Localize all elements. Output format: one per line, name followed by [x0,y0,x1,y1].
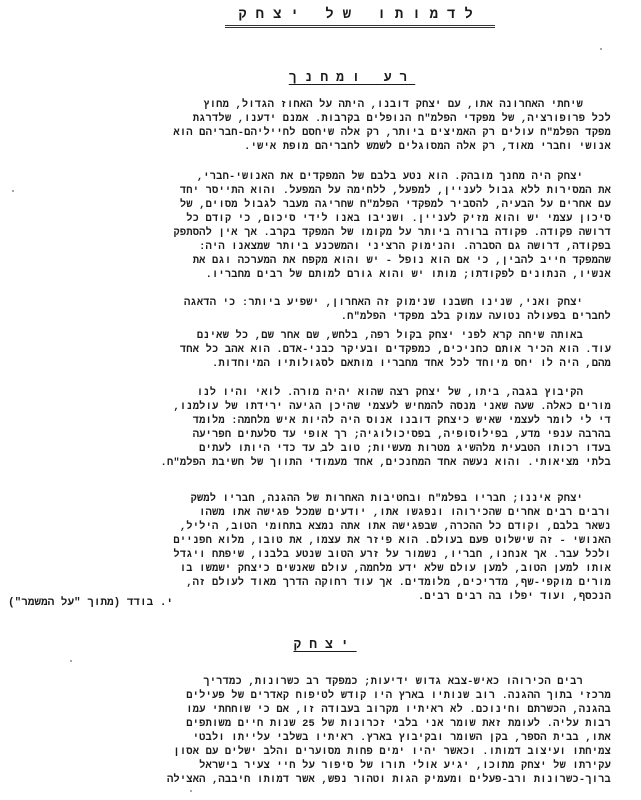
text-line: מהם, היה לו יחס מיוחד לכל אחד מחבריו מות… [24,357,611,371]
text-line: רבים הכירוהו כאיש-צבא גדוש ידיעות; כמפקד… [24,675,611,689]
text-line: אותו למען הטוב, למען עולם שלא ידע מלחמה,… [24,562,611,576]
paragraph: רבים הכירוהו כאיש-צבא גדוש ידיעות; כמפקד… [24,675,611,787]
text-line: בהגנה, הכשרתם וחינוכם. לא ראיתיו מקרוב ב… [24,703,611,717]
text-line: הקיבוץ בגבה, ביתו, של יצחק רצה שהוא יהיה… [24,386,611,400]
text-line: אתו, בבית הספר, בקן השומר ובקיבוץ בארץ. … [24,731,611,745]
text-line: בהרבה ענפי מדע, בפילוסופיה, בפסיכולוגיה;… [24,428,611,442]
paragraph: יצחק היה מחנך מובהק. הוא נטע בלבם של המפ… [24,170,611,282]
text-line: עוד. הוא הכיר אותם כחניכים, כמפקדים ובעי… [24,343,611,357]
text-line: רבות עליה. לעומת זאת שומר אני בלבי זכרונ… [24,717,611,731]
scan-speck [600,48,602,50]
text-line: ברוך-כשרונות ורב-פעלים ומעמיק הגות וטהור… [24,773,611,787]
author-signature: י. בודד (מתוך "על המשמר") [8,597,173,609]
text-line: יצחק איננו; חבריו בפלמ"ח ובחטיבות האחרות… [24,492,611,506]
text-line: אנשיו, הנתונים לפקודתו; מותו יש והוא גור… [24,268,611,282]
text-line: אנושי וחברי מאוד, רק אלה המסוגלים לשמש ל… [24,140,611,154]
text-line: האנושי - זה שישלוט פעם בעולם. הוא פיזר א… [24,534,611,548]
section-heading-yitzhak: יצחק [270,637,380,653]
scan-speck [12,190,14,192]
document-page: לדמותו של יצחק רע ומחנך שיחתי האחרונה את… [0,0,641,800]
text-line: לכל פרופורציה, של מפקדי הפלמ"ח הנופלים ב… [24,112,611,126]
text-line: סיכון עצמי יש והוא מזיק לעניין. ושניבו ב… [24,212,611,226]
text-line: מרכזי בתוך ההגנה. רוב שנותיו בארץ היו קו… [24,689,611,703]
text-line: עם אחרים על הבעיה, להסביר למפקדי הפלמ"ח … [24,198,611,212]
text-line: די לי לומר לעצמי שאיש כיצחק דובנו אנוס ה… [24,414,611,428]
scan-speck [320,450,322,452]
scan-speck [70,660,72,662]
scan-speck [190,790,192,792]
paragraph: יצחק איננו; חבריו בפלמ"ח ובחטיבות האחרות… [24,492,611,604]
paragraph: באותה שיחה קרא לפני יצחק בקול רפה, בלחש,… [24,329,611,371]
text-line: את המסירות ללא גבול לעניין, למפעל, ללחימ… [24,184,611,198]
text-line: שהמפקד חייב להבין, כי אם הוא נופל - יש ו… [24,254,611,268]
text-line: מפקד הפלמ"ח עולים רק האמיצים ביותר, רק א… [24,126,611,140]
text-line: נשאר בלבם, וקודם כל ההכרה, שבפגישה אתו א… [24,520,611,534]
text-line: לחברים בפעולה נטועה עמוק בלב מפקדי הפלמ"… [24,310,611,324]
text-line: באותה שיחה קרא לפני יצחק בקול רפה, בלחש,… [24,329,611,343]
text-line: ולכל עבר. אך אנחנו, חבריו, נשמור על זרע … [24,548,611,562]
text-line: עקירתו של יצחק מתוכו, יגיע אולי תורו של … [24,759,611,773]
text-line: דרושה פקודה. פקודה ברורה ביותר על מקומו … [24,226,611,240]
text-line: בפקודה, דרושה גם הסברה. והנימוק הרציני ו… [24,240,611,254]
text-line: צמיחתו ועיצוב דמותו. וכאשר יהיו ימים פחו… [24,745,611,759]
text-line: שיחתי האחרונה אתו, עם יצחק דובנו, היתה ע… [24,98,611,112]
text-line: ורבים רבים אחרים שהכירוהו ונפגשו אתו, יו… [24,506,611,520]
text-line: בלתי מציאותי. והוא נעשה אחד המחנכים, אחד… [24,456,611,470]
paragraph: הקיבוץ בגבה, ביתו, של יצחק רצה שהוא יהיה… [24,386,611,470]
text-line: בעדו רכותו הטבעית מלהשיג מטרות מעשיות; ט… [24,442,611,456]
paragraph: יצחק ואני, שנינו חשבנו שנימוק זה האחרון,… [24,296,611,324]
document-title: לדמותו של יצחק [225,6,495,28]
paragraph: שיחתי האחרונה אתו, עם יצחק דובנו, היתה ע… [24,98,611,154]
text-line: יצחק ואני, שנינו חשבנו שנימוק זה האחרון,… [24,296,611,310]
section-heading-mentor: רע ומחנך [272,70,432,86]
text-line: מורים מוקפי-שף, מדריכים, מלומדים. אך עוד… [24,576,611,590]
text-line: יצחק היה מחנך מובהק. הוא נטע בלבם של המפ… [24,170,611,184]
text-line: מורים כאלה. שעה שאני מנסה להמחיש לעצמי ש… [24,400,611,414]
